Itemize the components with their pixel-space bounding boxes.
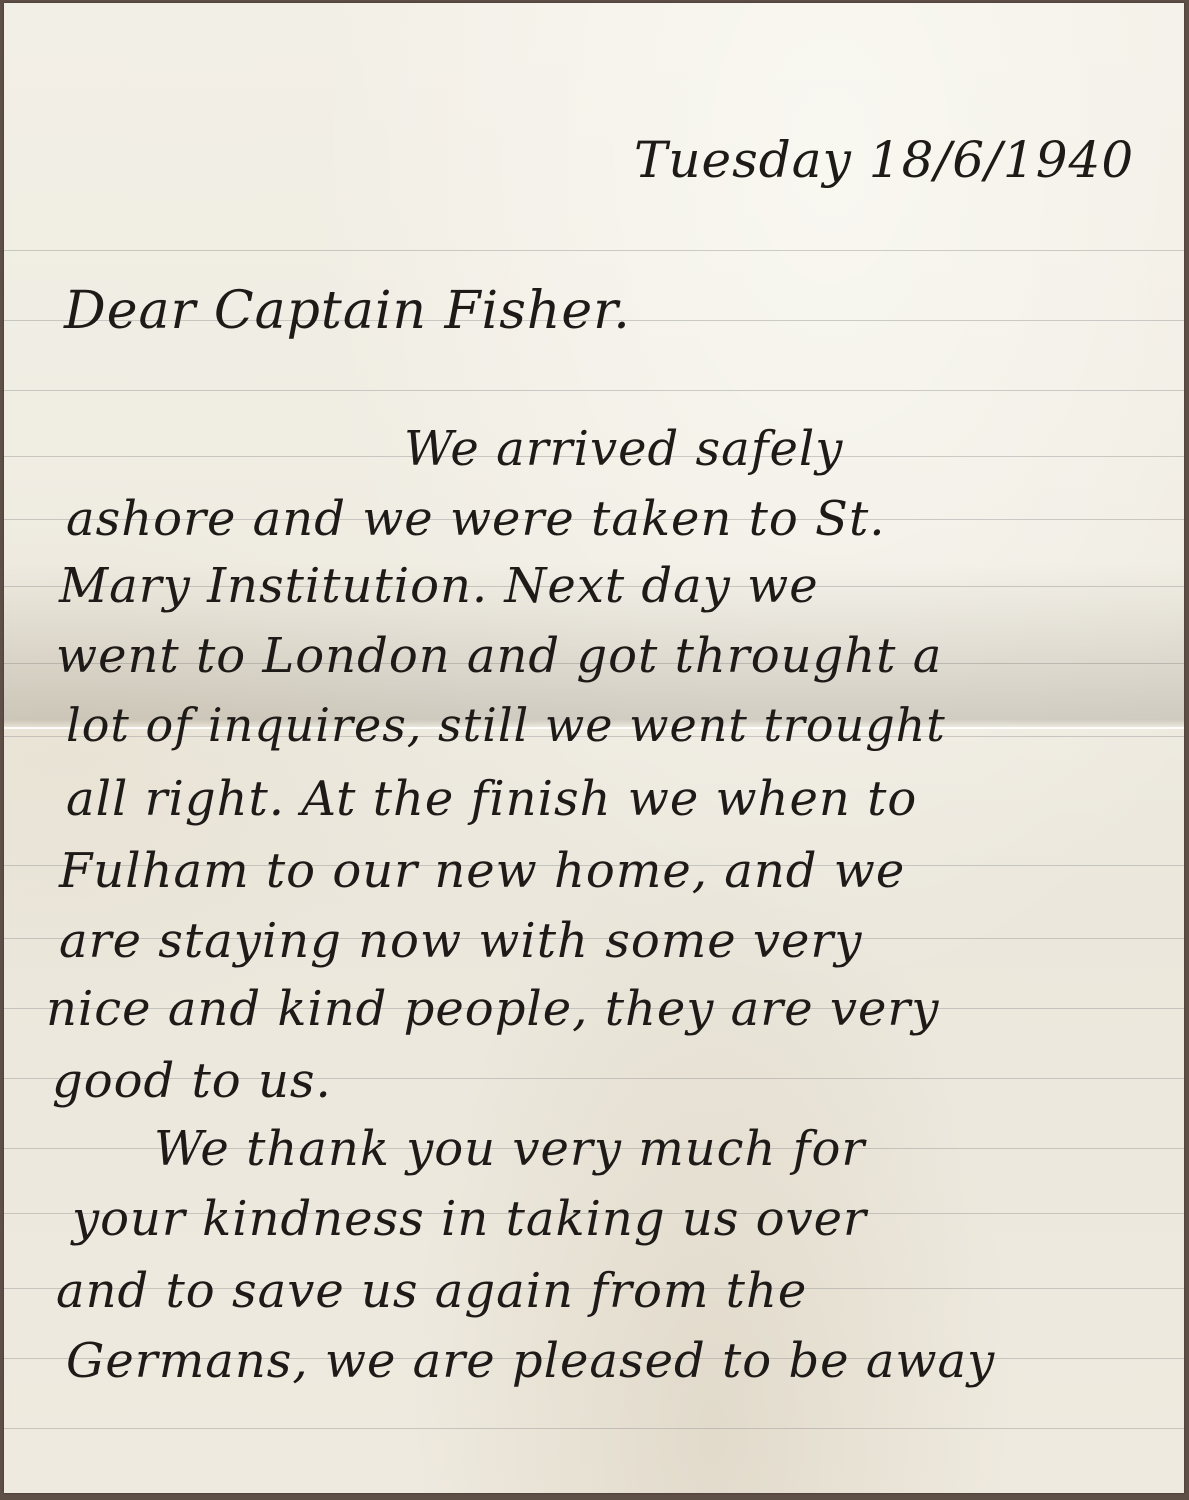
ruled-line bbox=[4, 250, 1184, 251]
ruled-line bbox=[4, 390, 1184, 391]
ruled-line bbox=[4, 1428, 1184, 1429]
letter-line: We thank you very much for bbox=[154, 1121, 865, 1177]
letter-line: Germans, we are pleased to be away bbox=[66, 1333, 995, 1389]
letter-paper: Tuesday 18/6/1940 Dear Captain Fisher. W… bbox=[4, 3, 1184, 1493]
letter-line: lot of inquires, still we went trought bbox=[66, 698, 946, 752]
letter-line: are staying now with some very bbox=[59, 913, 862, 969]
letter-line: your kindness in taking us over bbox=[72, 1191, 867, 1247]
letter-line: all right. At the finish we when to bbox=[66, 771, 917, 827]
letter-line: Fulham to our new home, and we bbox=[59, 843, 905, 899]
letter-line: We arrived safely bbox=[404, 421, 843, 477]
letter-line: and to save us again from the bbox=[56, 1263, 807, 1319]
letter-line: ashore and we were taken to St. bbox=[66, 491, 885, 547]
letter-line: Mary Institution. Next day we bbox=[59, 558, 819, 614]
letter-date: Tuesday 18/6/1940 bbox=[634, 131, 1134, 189]
letter-line: good to us. bbox=[52, 1053, 332, 1109]
letter-photograph: Tuesday 18/6/1940 Dear Captain Fisher. W… bbox=[0, 0, 1189, 1500]
letter-line: went to London and got throught a bbox=[56, 628, 942, 684]
letter-line: nice and kind people, they are very bbox=[46, 981, 940, 1037]
letter-salutation: Dear Captain Fisher. bbox=[64, 281, 631, 341]
